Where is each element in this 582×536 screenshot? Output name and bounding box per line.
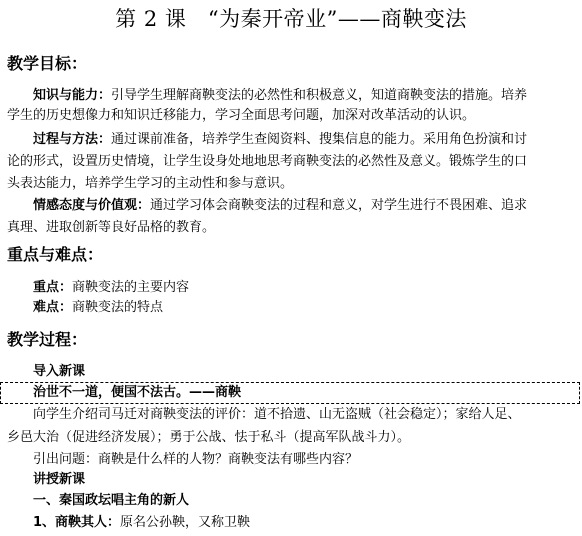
emotion-line-2: 真理、进取创新等良好品格的教育。: [7, 218, 577, 238]
heading-key-points: 重点与难点：: [7, 245, 103, 265]
item-one-label: 1、商鞅其人：: [33, 515, 120, 530]
key-point-label: 重点：: [33, 280, 72, 295]
document-title: 第 2 课 “为秦开帝业”——商鞅变法: [0, 6, 582, 32]
difficult-point: 难点：商鞅变法的特点: [33, 298, 577, 318]
item-one: 1、商鞅其人：原名公孙鞅，又称卫鞅: [33, 513, 577, 533]
knowledge-text: 引导学生理解商鞅变法的必然性和积极意义，知道商鞅变法的措施。培养: [111, 88, 527, 103]
emotion-label: 情感态度与价值观：: [33, 198, 150, 213]
question-line: 引出问题：商鞅是什么样的人物？商鞅变法有哪些内容？: [33, 450, 577, 470]
heading-process: 教学过程：: [7, 330, 87, 350]
difficult-point-text: 商鞅变法的特点: [72, 300, 163, 315]
process-line-3: 头表达能力，培养学生学习的主动性和参与意识。: [7, 174, 577, 194]
process-line-1: 过程与方法：通过课前准备，培养学生查阅资料、搜集信息的能力。采用角色扮演和讨: [33, 130, 577, 150]
evaluation-line-2: 乡邑大治（促进经济发展）；勇于公战、怯于私斗（提高军队战斗力）。: [7, 428, 577, 448]
key-point: 重点：商鞅变法的主要内容: [33, 278, 577, 298]
part-one-heading: 一、秦国政坛唱主角的新人: [33, 491, 577, 511]
quote-text: 治世不一道，便国不法古。——商鞅: [33, 383, 577, 403]
knowledge-line-1: 知识与能力：引导学生理解商鞅变法的必然性和积极意义，知道商鞅变法的措施。培养: [33, 86, 577, 106]
heading-objectives: 教学目标：: [7, 54, 87, 74]
difficult-point-label: 难点：: [33, 300, 72, 315]
knowledge-line-2: 学生的历史想像力和知识迁移能力，学习全面思考问题，加深对改革活动的认识。: [7, 106, 577, 126]
process-text: 通过课前准备，培养学生查阅资料、搜集信息的能力。采用角色扮演和讨: [111, 132, 527, 147]
evaluation-line-1: 向学生介绍司马迁对商鞅变法的评价：道不拾遗、山无盗贼（社会稳定）；家给人足、: [33, 405, 577, 425]
emotion-line-1: 情感态度与价值观：通过学习体会商鞅变法的过程和意义，对学生进行不畏困难、追求: [33, 196, 577, 216]
teach-label: 讲授新课: [33, 470, 577, 490]
intro-label: 导入新课: [33, 362, 577, 382]
emotion-text: 通过学习体会商鞅变法的过程和意义，对学生进行不畏困难、追求: [150, 198, 527, 213]
process-line-2: 论的形式，设置历史情境，让学生设身处地地思考商鞅变法的必然性及意义。锻炼学生的口: [7, 152, 577, 172]
item-one-text: 原名公孙鞅，又称卫鞅: [120, 515, 250, 530]
knowledge-label: 知识与能力：: [33, 88, 111, 103]
process-label: 过程与方法：: [33, 132, 111, 147]
key-point-text: 商鞅变法的主要内容: [72, 280, 189, 295]
